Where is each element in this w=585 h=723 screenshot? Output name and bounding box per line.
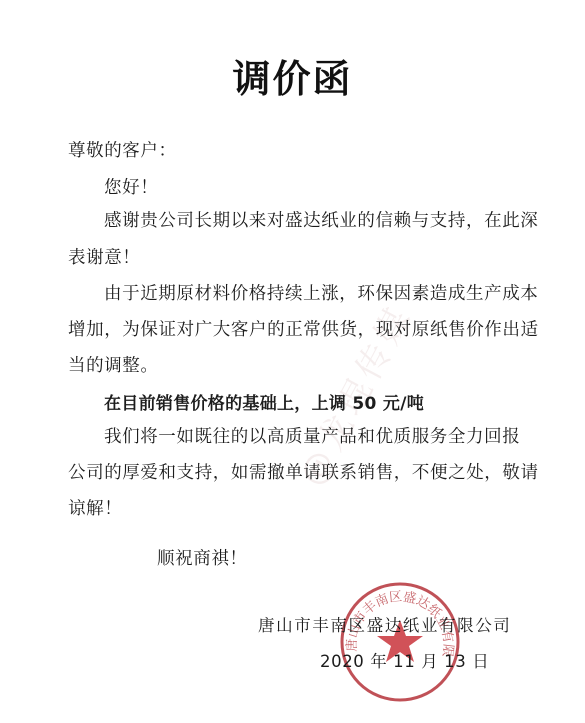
company-seal-stamp: 唐山市丰南区盛达纸业有限公司 xyxy=(338,580,462,704)
paragraph-1-line-2: 表谢意！ xyxy=(68,244,140,269)
greeting: 您好！ xyxy=(104,174,158,199)
paragraph-4-line-2: 公司的厚爱和支持，如需撤单请联系销售，不便之处，敬请 xyxy=(68,459,539,484)
paragraph-2-line-3: 当的调整。 xyxy=(68,352,159,377)
price-adjustment-statement: 在目前销售价格的基础上，上调 50 元/吨 xyxy=(104,389,424,414)
paragraph-2-line-2: 增加，为保证对广大客户的正常供货，现对原纸售价作出适 xyxy=(68,316,539,341)
document-title: 调价函 xyxy=(0,48,585,103)
signature-date: 2020 年 11 月 13 日 xyxy=(320,648,489,672)
closing: 顺祝商祺！ xyxy=(157,545,248,570)
signature-company: 唐山市丰南区盛达纸业有限公司 xyxy=(258,612,511,636)
salutation: 尊敬的客户： xyxy=(68,137,177,162)
paragraph-4-line-1: 我们将一如既往的以高质量产品和优质服务全力回报 xyxy=(104,423,520,448)
paragraph-1-line-1: 感谢贵公司长期以来对盛达纸业的信赖与支持，在此深 xyxy=(104,207,538,232)
paragraph-2-line-1: 由于近期原材料价格持续上涨，环保因素造成生产成本 xyxy=(104,280,538,305)
paragraph-4-line-3: 谅解！ xyxy=(68,495,122,520)
letter-page: @龙琨传媒 调价函 尊敬的客户： 您好！ 感谢贵公司长期以来对盛达纸业的信赖与支… xyxy=(0,0,585,723)
